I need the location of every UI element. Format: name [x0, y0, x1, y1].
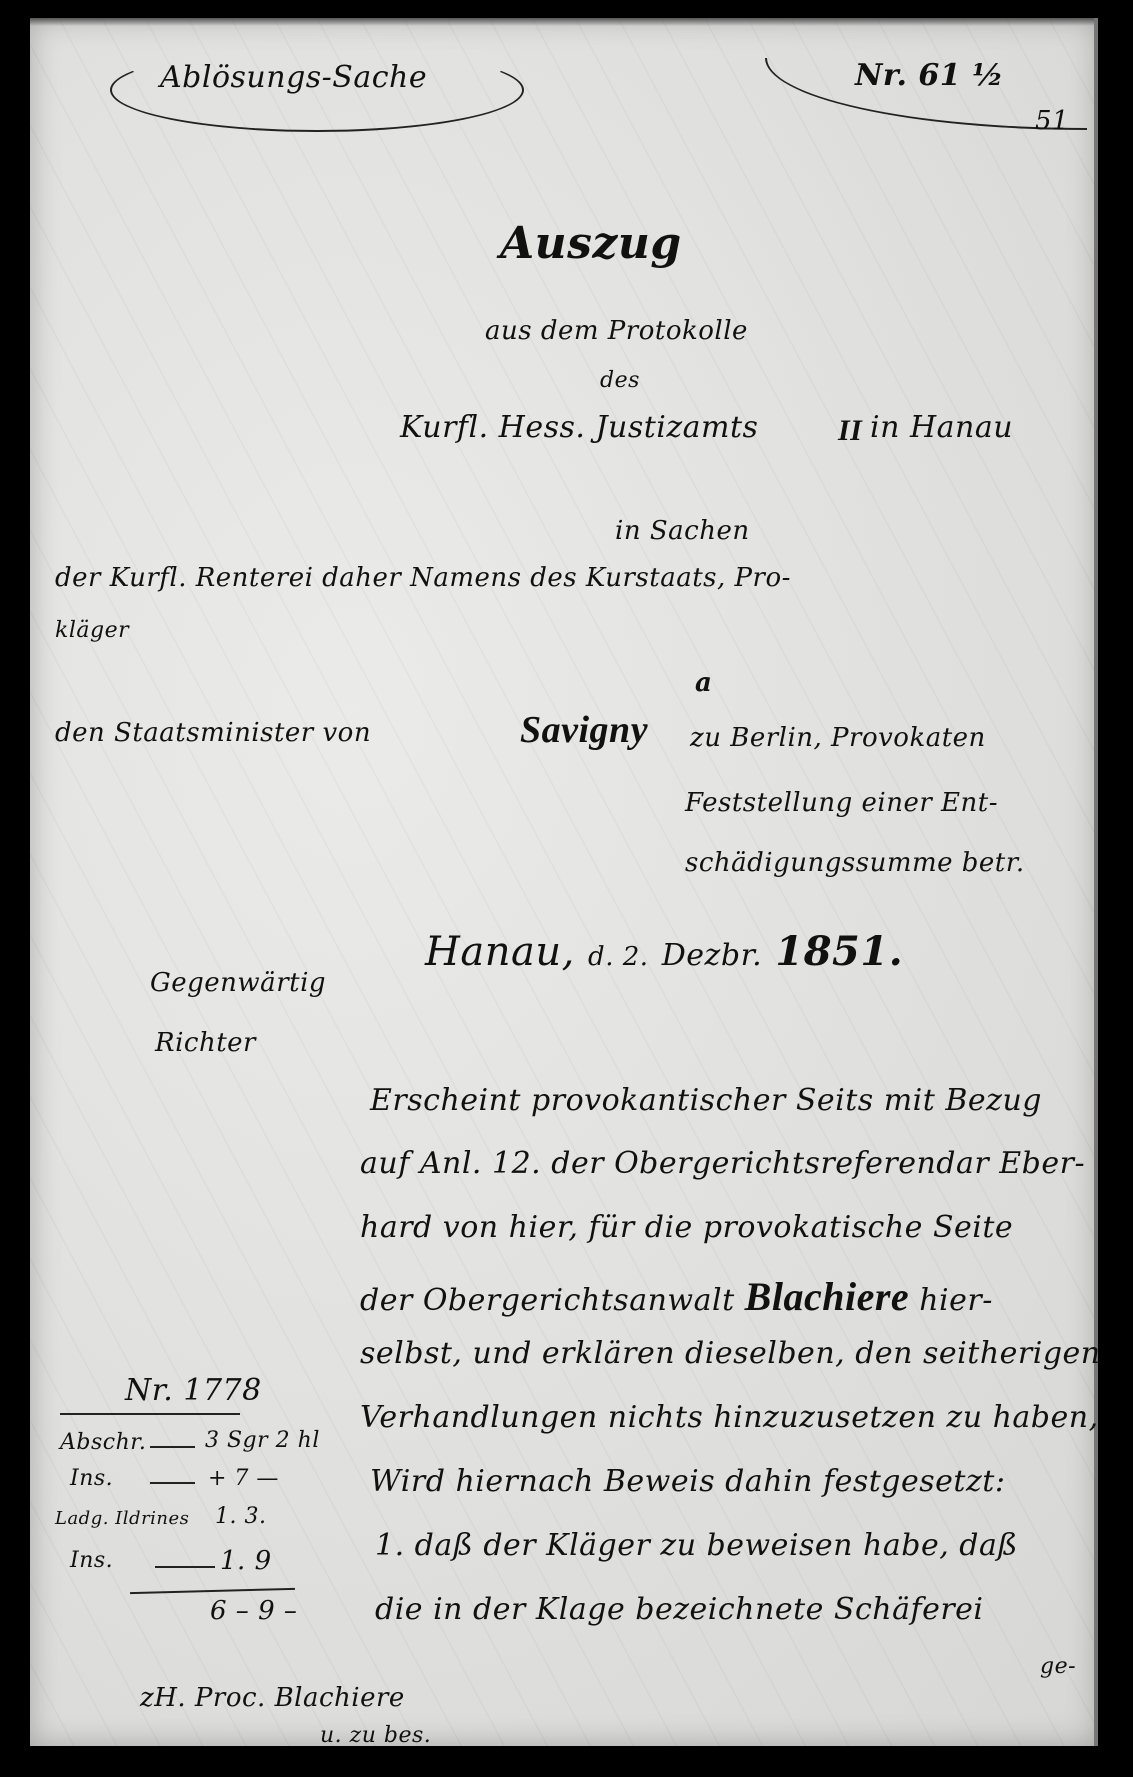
date-month: Dezbr. — [662, 938, 762, 973]
date-day: d. 2. — [588, 942, 648, 972]
defendant-line-1-pre: den Staatsminister von — [55, 718, 371, 748]
fee-row-2-value: + 7 — — [208, 1466, 279, 1491]
plaintiff-line-1: der Kurfl. Renterei daher Namens des Kur… — [55, 563, 791, 593]
reference-number-main: Nr. 61 — [855, 58, 961, 93]
place-date: Hanau, d. 2. Dezbr. 1851. — [425, 928, 903, 975]
fee-row-3-label: Ladg. Ildrines — [55, 1508, 189, 1529]
reference-year: 51 — [1035, 106, 1069, 136]
lawyer-name: Blachiere — [745, 1274, 909, 1319]
matter-line-2: schädigungssumme betr. — [685, 848, 1025, 878]
fee-row-2-label: Ins. — [70, 1466, 113, 1491]
body-line-4: der Obergerichtsanwalt Blachiere hier- — [360, 1273, 993, 1320]
fee-row-2-dash — [150, 1482, 195, 1484]
body-line-6: Verhandlungen nichts hinzuzusetzen zu ha… — [360, 1400, 1099, 1435]
body-line-5: selbst, und erklären dieselben, den seit… — [360, 1336, 1101, 1371]
document-page: Ablösungs-Sache Nr. 61 ½ 51 Auszug aus d… — [30, 18, 1098, 1746]
present-name: Richter — [155, 1028, 256, 1058]
fee-number-underline — [60, 1413, 240, 1415]
fee-sum-line — [130, 1588, 295, 1594]
subtitle-line-1: aus dem Protokolle — [485, 316, 748, 346]
scan-edge — [30, 18, 1098, 26]
body-line-4-end: hier- — [919, 1283, 993, 1318]
header-left-label: Ablösungs-Sache — [160, 60, 427, 95]
fee-row-1-label: Abschr. — [60, 1430, 146, 1455]
matter-line-1: Feststellung einer Ent- — [685, 788, 998, 818]
scan-edge-right — [1094, 18, 1098, 1746]
reference-number: Nr. 61 ½ — [855, 58, 1004, 93]
date-year: 1851. — [775, 928, 903, 975]
fee-total: 6 – 9 – — [210, 1596, 297, 1626]
catchword: ge- — [1040, 1654, 1076, 1679]
body-line-9: die in der Klage bezeichnete Schäferei — [375, 1592, 984, 1627]
plaintiff-line-2: kläger — [55, 618, 129, 643]
in-sachen: in Sachen — [615, 516, 750, 546]
court-division: II — [838, 414, 862, 448]
present-label: Gegenwärtig — [150, 968, 326, 998]
body-line-2: auf Anl. 12. der Obergerichtsreferendar … — [360, 1146, 1085, 1181]
fee-row-1-value: 3 Sgr 2 hl — [205, 1428, 320, 1453]
against-marker: a — [695, 668, 712, 698]
court-name: Kurfl. Hess. Justizamts — [400, 410, 758, 445]
fee-row-1-dash — [150, 1446, 195, 1448]
body-line-7: Wird hiernach Beweis dahin festgesetzt: — [370, 1464, 1005, 1499]
reference-number-fraction: ½ — [972, 58, 1004, 93]
fee-number: Nr. 1778 — [125, 1373, 262, 1408]
fee-row-4-label: Ins. — [70, 1548, 113, 1573]
defendant-name: Savigny — [520, 708, 648, 752]
footer-note-line-2: u. zu bes. — [320, 1723, 431, 1748]
body-line-3: hard von hier, für die provokatische Sei… — [360, 1210, 1013, 1245]
court-location: in Hanau — [870, 410, 1013, 445]
defendant-line-1-post: zu Berlin, Provokaten — [690, 723, 986, 753]
body-line-8: 1. daß der Kläger zu beweisen habe, daß — [375, 1528, 1018, 1563]
fee-row-4-value: 1. 9 — [220, 1546, 272, 1576]
body-line-1: Erscheint provokantischer Seits mit Bezu… — [370, 1083, 1042, 1118]
document-title: Auszug — [500, 218, 682, 269]
fee-row-4-dash — [155, 1566, 215, 1568]
fee-row-3-value: 1. 3. — [215, 1504, 266, 1529]
body-line-4-text: der Obergerichtsanwalt — [360, 1283, 735, 1318]
subtitle-line-2: des — [600, 368, 640, 393]
place: Hanau, — [425, 929, 575, 975]
footer-note-line-1: zH. Proc. Blachiere — [140, 1683, 405, 1713]
